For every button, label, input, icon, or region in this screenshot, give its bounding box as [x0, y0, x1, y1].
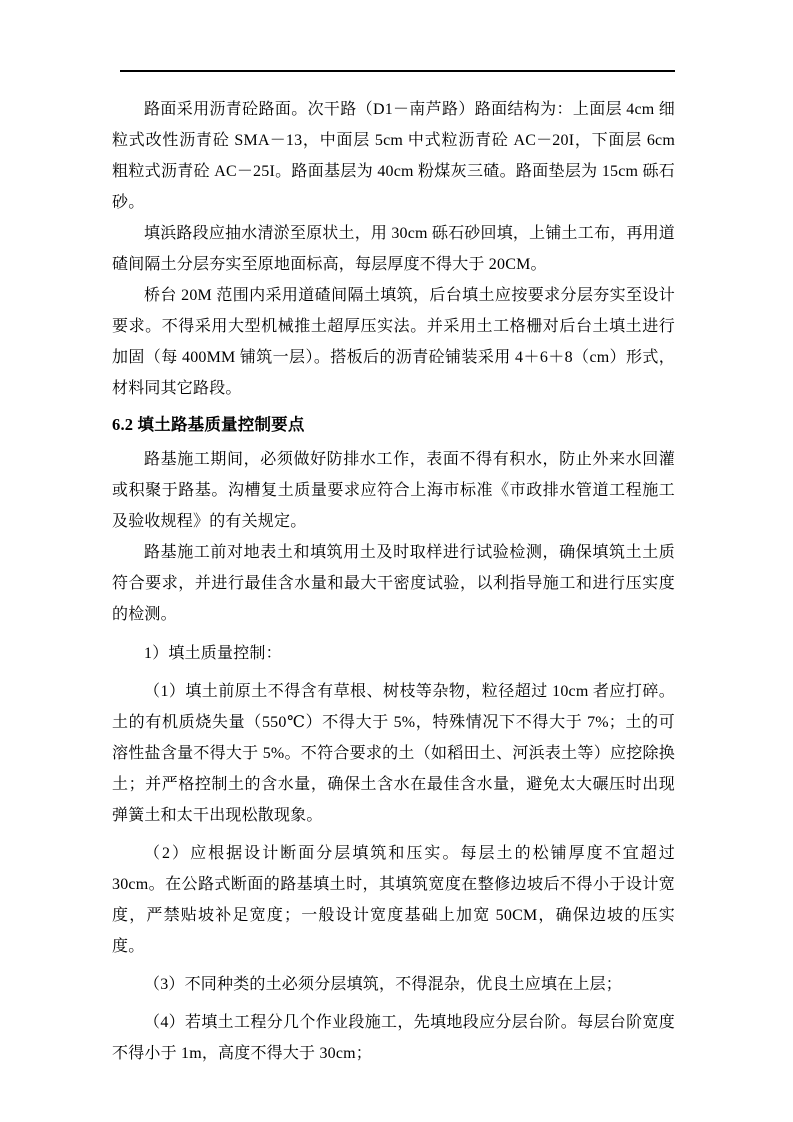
para-fill-quality-control-title: 1）填土质量控制：	[112, 638, 675, 669]
para-drainage-requirements: 路基施工期间，必须做好防排水工作，表面不得有积水，防止外来水回灌或积聚于路基。沟…	[112, 444, 675, 537]
para-soil-sampling-tests: 路基施工前对地表土和填筑用土及时取样进行试验检测，确保填筑土土质符合要求，并进行…	[112, 537, 675, 630]
para-item-3-soil-types: （3）不同种类的土必须分层填筑，不得混杂，优良土应填在上层；	[112, 969, 675, 1000]
para-item-2-layered-fill: （2）应根据设计断面分层填筑和压实。每层土的松铺厚度不宜超过 30cm。在公路式…	[112, 838, 675, 962]
section-heading-6-2: 6.2 填土路基质量控制要点	[112, 409, 675, 440]
para-pavement-structure: 路面采用沥青砼路面。次干路（D1－南芦路）路面结构为：上面层 4cm 细粒式改性…	[112, 94, 675, 218]
para-item-1-soil-requirements: （1）填土前原土不得含有草根、树枝等杂物，粒径超过 10cm 者应打碎。土的有机…	[112, 676, 675, 831]
para-item-4-work-sections: （4）若填土工程分几个作业段施工，先填地段应分层台阶。每层台阶宽度不得小于 1m…	[112, 1007, 675, 1069]
header-rule	[120, 70, 675, 72]
para-creek-fill-section: 填浜路段应抽水清淤至原状土，用 30cm 砾石砂回填，上铺土工布，再用道碴间隔土…	[112, 218, 675, 280]
para-bridge-abutment-fill: 桥台 20M 范围内采用道碴间隔土填筑，后台填土应按要求分层夯实至设计要求。不得…	[112, 280, 675, 404]
document-body: 路面采用沥青砼路面。次干路（D1－南芦路）路面结构为：上面层 4cm 细粒式改性…	[112, 94, 675, 1069]
document-page: 路面采用沥青砼路面。次干路（D1－南芦路）路面结构为：上面层 4cm 细粒式改性…	[0, 0, 793, 1122]
